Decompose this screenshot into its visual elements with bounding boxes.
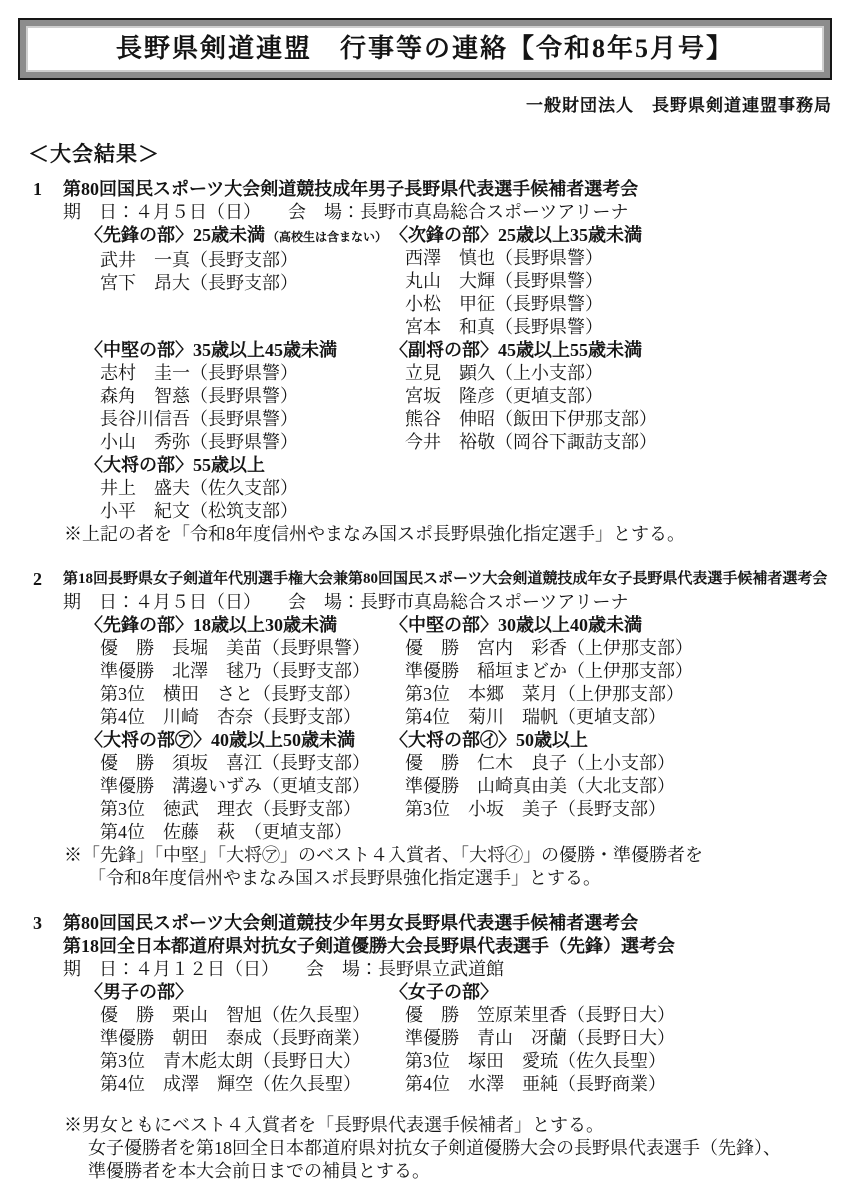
division-header: 〈副将の部〉45歳以上55歳未満 bbox=[390, 339, 850, 362]
note-line: ※男女ともにベスト４入賞者を「長野県代表選手候補者」とする。 bbox=[64, 1114, 850, 1137]
division-column: 〈大将の部㋐〉40歳以上50歳未満 優 勝 須坂 喜江（長野支部） 準優勝 溝邊… bbox=[85, 729, 390, 844]
section-1: 1 第80回国民スポーツ大会剣道競技成年男子長野県代表選手候補者選考会 期 日：… bbox=[33, 178, 850, 546]
result-row: 宮下 昂大（長野支部） bbox=[100, 272, 390, 295]
result-row: 第4位 佐藤 萩 （更埴支部） bbox=[100, 821, 390, 844]
result-row: 第4位 川崎 杏奈（長野支部） bbox=[100, 706, 390, 729]
results-heading: ＜大会結果＞ bbox=[28, 143, 850, 166]
section-number: 1 bbox=[33, 178, 63, 201]
section-title-line: 第80回国民スポーツ大会剣道競技少年男女長野県代表選手候補者選考会 bbox=[63, 912, 850, 935]
division-pair: 〈大将の部〉55歳以上 井上 盛夫（佐久支部） 小平 紀文（松筑支部） bbox=[85, 454, 850, 523]
date-venue-line: 期 日：４月５日（日） 会 場：長野市真島総合スポーツアリーナ bbox=[63, 591, 850, 614]
section-title-line: 第18回全日本都道府県対抗女子剣道優勝大会長野県代表選手（先鋒）選考会 bbox=[63, 935, 850, 958]
result-row: 準優勝 山崎真由美（大北支部） bbox=[405, 775, 850, 798]
page-title: 長野県剣道連盟 行事等の連絡【令和8年5月号】 bbox=[26, 26, 824, 72]
org-line: 一般財団法人 長野県剣道連盟事務局 bbox=[0, 94, 832, 117]
result-row: 準優勝 青山 冴蘭（長野日大） bbox=[405, 1027, 850, 1050]
division-column: 〈中堅の部〉30歳以上40歳未満 優 勝 宮内 彩香（上伊那支部） 準優勝 稲垣… bbox=[390, 614, 850, 729]
division-column: 〈先鋒の部〉25歳未満（高校生は含まない） 武井 一真（長野支部） 宮下 昂大（… bbox=[85, 224, 390, 339]
result-row: 準優勝 稲垣まどか（上伊那支部） bbox=[405, 660, 850, 683]
result-row: 優 勝 須坂 喜江（長野支部） bbox=[100, 752, 390, 775]
result-row: 第3位 小坂 美子（長野支部） bbox=[405, 798, 850, 821]
division-header: 〈先鋒の部〉25歳未満（高校生は含まない） bbox=[85, 224, 390, 249]
division-column: 〈先鋒の部〉18歳以上30歳未満 優 勝 長堀 美苗（長野県警） 準優勝 北澤 … bbox=[85, 614, 390, 729]
division-column bbox=[390, 454, 850, 523]
result-row: 優 勝 長堀 美苗（長野県警） bbox=[100, 637, 390, 660]
date-venue-line: 期 日：４月５日（日） 会 場：長野市真島総合スポーツアリーナ bbox=[63, 201, 850, 224]
result-row: 第3位 本郷 菜月（上伊那支部） bbox=[405, 683, 850, 706]
division-column: 〈大将の部㋑〉50歳以上 優 勝 仁木 良子（上小支部） 準優勝 山崎真由美（大… bbox=[390, 729, 850, 844]
section-2-head: 2 第18回長野県女子剣道年代別選手権大会兼第80回国民スポーツ大会剣道競技成年… bbox=[33, 568, 850, 591]
result-row: 小松 甲征（長野県警） bbox=[405, 293, 850, 316]
note-line: ※「先鋒」「中堅」「大将㋐」のベスト４入賞者、「大将㋑」の優勝・準優勝者を bbox=[64, 844, 850, 867]
result-row: 第3位 徳武 理衣（長野支部） bbox=[100, 798, 390, 821]
result-row: 第4位 菊川 瑞帆（更埴支部） bbox=[405, 706, 850, 729]
division-column: 〈副将の部〉45歳以上55歳未満 立見 顕久（上小支部） 宮坂 隆彦（更埴支部）… bbox=[390, 339, 850, 454]
section-notes: ※上記の者を「令和8年度信州やまなみ国スポ長野県強化指定選手」とする。 bbox=[64, 523, 850, 546]
result-row: 準優勝 北澤 毬乃（長野支部） bbox=[100, 660, 390, 683]
result-row: 武井 一真（長野支部） bbox=[100, 249, 390, 272]
result-row: 第4位 水澤 亜純（長野商業） bbox=[405, 1073, 850, 1096]
division-column: 〈男子の部〉 優 勝 栗山 智旭（佐久長聖） 準優勝 朝田 泰成（長野商業） 第… bbox=[85, 981, 390, 1096]
date-venue-line: 期 日：４月１２日（日） 会 場：長野県立武道館 bbox=[63, 958, 850, 981]
note-line: 「令和8年度信州やまなみ国スポ長野県強化指定選手」とする。 bbox=[64, 867, 850, 890]
result-row: 第3位 青木彪太朗（長野日大） bbox=[100, 1050, 390, 1073]
result-row: 井上 盛夫（佐久支部） bbox=[100, 477, 390, 500]
division-column: 〈女子の部〉 優 勝 笠原茉里香（長野日大） 準優勝 青山 冴蘭（長野日大） 第… bbox=[390, 981, 850, 1096]
result-row: 志村 圭一（長野県警） bbox=[100, 362, 390, 385]
division-column: 〈次鋒の部〉25歳以上35歳未満 西澤 慎也（長野県警） 丸山 大輝（長野県警）… bbox=[390, 224, 850, 339]
result-row: 第3位 横田 さと（長野支部） bbox=[100, 683, 390, 706]
section-number: 2 bbox=[33, 568, 63, 591]
division-header: 〈次鋒の部〉25歳以上35歳未満 bbox=[390, 224, 850, 247]
result-row: 熊谷 伸昭（飯田下伊那支部） bbox=[405, 408, 850, 431]
section-notes: ※「先鋒」「中堅」「大将㋐」のベスト４入賞者、「大将㋑」の優勝・準優勝者を 「令… bbox=[64, 844, 850, 890]
division-column: 〈中堅の部〉35歳以上45歳未満 志村 圭一（長野県警） 森角 智慈（長野県警）… bbox=[85, 339, 390, 454]
division-pair: 〈先鋒の部〉18歳以上30歳未満 優 勝 長堀 美苗（長野県警） 準優勝 北澤 … bbox=[85, 614, 850, 729]
result-row: 優 勝 笠原茉里香（長野日大） bbox=[405, 1004, 850, 1027]
result-row: 長谷川信吾（長野県警） bbox=[100, 408, 390, 431]
result-row: 小平 紀文（松筑支部） bbox=[100, 500, 390, 523]
section-title-line: 第18回長野県女子剣道年代別選手権大会兼第80回国民スポーツ大会剣道競技成年女子… bbox=[63, 568, 850, 591]
result-row: 丸山 大輝（長野県警） bbox=[405, 270, 850, 293]
section-1-head: 1 第80回国民スポーツ大会剣道競技成年男子長野県代表選手候補者選考会 bbox=[33, 178, 850, 201]
section-number: 3 bbox=[33, 912, 63, 958]
note-line: 女子優勝者を第18回全日本都道府県対抗女子剣道優勝大会の長野県代表選手（先鋒）、 bbox=[64, 1137, 850, 1160]
result-row: 第3位 塚田 愛琉（佐久長聖） bbox=[405, 1050, 850, 1073]
division-pair: 〈先鋒の部〉25歳未満（高校生は含まない） 武井 一真（長野支部） 宮下 昂大（… bbox=[85, 224, 850, 339]
division-header: 〈中堅の部〉30歳以上40歳未満 bbox=[390, 614, 850, 637]
result-row: 森角 智慈（長野県警） bbox=[100, 385, 390, 408]
division-header: 〈大将の部㋐〉40歳以上50歳未満 bbox=[85, 729, 390, 752]
note-line: ※上記の者を「令和8年度信州やまなみ国スポ長野県強化指定選手」とする。 bbox=[64, 523, 850, 546]
result-row: 宮本 和真（長野県警） bbox=[405, 316, 850, 339]
division-pair: 〈中堅の部〉35歳以上45歳未満 志村 圭一（長野県警） 森角 智慈（長野県警）… bbox=[85, 339, 850, 454]
division-header: 〈男子の部〉 bbox=[85, 981, 390, 1004]
division-header-note: （高校生は含まない） bbox=[267, 230, 387, 244]
result-row: 西澤 慎也（長野県警） bbox=[405, 247, 850, 270]
division-pair: 〈男子の部〉 優 勝 栗山 智旭（佐久長聖） 準優勝 朝田 泰成（長野商業） 第… bbox=[85, 981, 850, 1096]
division-header: 〈大将の部〉55歳以上 bbox=[85, 454, 390, 477]
note-line: 準優勝者を本大会前日までの補員とする。 bbox=[64, 1160, 850, 1183]
result-row: 優 勝 宮内 彩香（上伊那支部） bbox=[405, 637, 850, 660]
result-row: 立見 顕久（上小支部） bbox=[405, 362, 850, 385]
section-3: 3 第80回国民スポーツ大会剣道競技少年男女長野県代表選手候補者選考会 第18回… bbox=[33, 912, 850, 1183]
result-row: 優 勝 仁木 良子（上小支部） bbox=[405, 752, 850, 775]
division-column: 〈大将の部〉55歳以上 井上 盛夫（佐久支部） 小平 紀文（松筑支部） bbox=[85, 454, 390, 523]
division-header: 〈中堅の部〉35歳以上45歳未満 bbox=[85, 339, 390, 362]
division-header: 〈女子の部〉 bbox=[390, 981, 850, 1004]
result-row: 優 勝 栗山 智旭（佐久長聖） bbox=[100, 1004, 390, 1027]
section-3-head: 3 第80回国民スポーツ大会剣道競技少年男女長野県代表選手候補者選考会 第18回… bbox=[33, 912, 850, 958]
result-row: 今井 裕敬（岡谷下諏訪支部） bbox=[405, 431, 850, 454]
section-2: 2 第18回長野県女子剣道年代別選手権大会兼第80回国民スポーツ大会剣道競技成年… bbox=[33, 568, 850, 890]
result-row: 小山 秀弥（長野県警） bbox=[100, 431, 390, 454]
division-pair: 〈大将の部㋐〉40歳以上50歳未満 優 勝 須坂 喜江（長野支部） 準優勝 溝邊… bbox=[85, 729, 850, 844]
document-page: 長野県剣道連盟 行事等の連絡【令和8年5月号】 一般財団法人 長野県剣道連盟事務… bbox=[0, 0, 850, 1200]
division-header: 〈先鋒の部〉18歳以上30歳未満 bbox=[85, 614, 390, 637]
result-row: 準優勝 朝田 泰成（長野商業） bbox=[100, 1027, 390, 1050]
result-row: 第4位 成澤 輝空（佐久長聖） bbox=[100, 1073, 390, 1096]
section-title-line: 第80回国民スポーツ大会剣道競技成年男子長野県代表選手候補者選考会 bbox=[63, 178, 850, 201]
result-row: 準優勝 溝邊いずみ（更埴支部） bbox=[100, 775, 390, 798]
division-header: 〈大将の部㋑〉50歳以上 bbox=[390, 729, 850, 752]
title-box: 長野県剣道連盟 行事等の連絡【令和8年5月号】 bbox=[18, 18, 832, 80]
section-notes: ※男女ともにベスト４入賞者を「長野県代表選手候補者」とする。 女子優勝者を第18… bbox=[64, 1114, 850, 1183]
division-header-text: 〈先鋒の部〉25歳未満 bbox=[85, 225, 265, 245]
result-row: 宮坂 隆彦（更埴支部） bbox=[405, 385, 850, 408]
